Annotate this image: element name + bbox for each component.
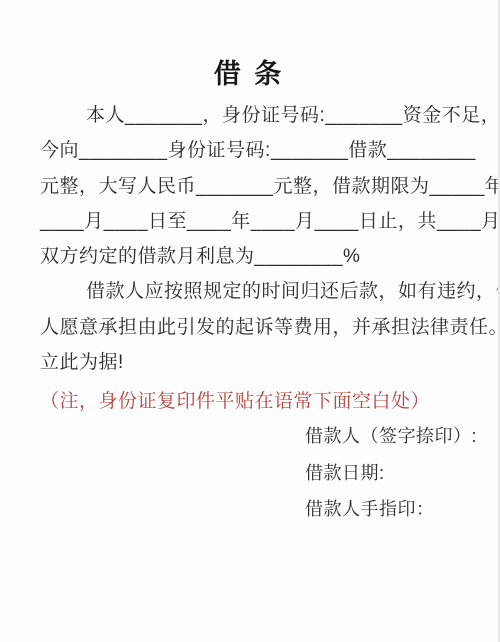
signature-block: 借款人（签字捺印）: 借款日期: 借款人手指印： [305,418,498,528]
loan-date-label: 借款日期: [305,455,498,492]
document-body: 本人_______，身份证号码:_______资金不足， 今向________身… [0,98,498,380]
body-line-2: 今向________身份证号码:_______借款________ [40,133,488,168]
borrower-signature-label: 借款人（签字捺印）: [305,418,498,455]
body-line-4: ____月____日至____年____月____日止，共____月。 [40,204,488,239]
borrower-fingerprint-label: 借款人手指印： [305,491,498,528]
loan-note-document: 借 条 本人_______，身份证号码:_______资金不足， 今向_____… [0,0,500,642]
document-title: 借 条 [0,58,498,90]
body-line-5: 双方约定的借款月利息为________% [40,239,488,274]
body-line-7: 人愿意承担由此引发的起诉等费用，并承担法律责任。 [40,310,488,345]
body-line-3: 元整，大写人民币_______元整，借款期限为_____年 [40,169,488,204]
attachment-note: （注，身份证复印件平贴在语常下面空白处） [0,390,498,414]
body-line-6: 借款人应按照规定的时间归还后款，如有违约，借款 [40,274,488,309]
body-line-8: 立此为据! [40,345,488,380]
body-line-1: 本人_______，身份证号码:_______资金不足， [40,98,488,133]
